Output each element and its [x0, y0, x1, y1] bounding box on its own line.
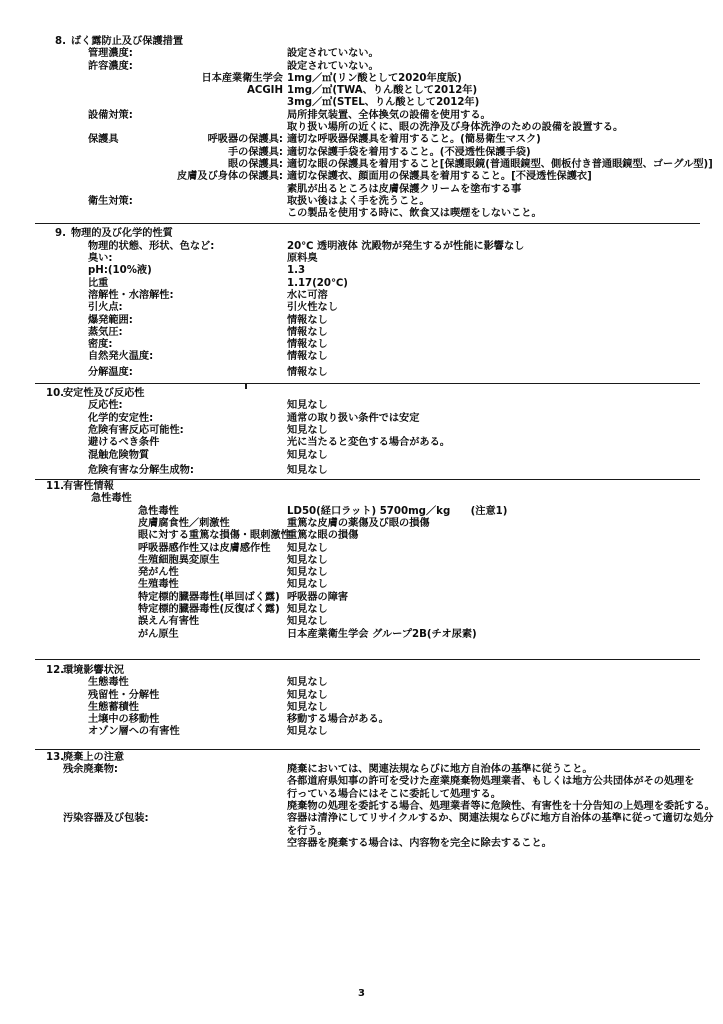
field-label: 避けるべき条件 [88, 437, 159, 449]
section-13-header: 13. 廃棄上の注意 [0, 752, 723, 764]
table-row: pH:(10%液)1.3 [0, 265, 723, 277]
field-value: 知見なし [287, 690, 328, 702]
section-divider [35, 659, 700, 660]
section-divider [35, 749, 700, 750]
field-label: 化学的安定性: [88, 413, 153, 425]
field-label: 生態毒性 [88, 677, 129, 689]
section-number: 9. [55, 228, 66, 240]
field-value: 取り扱い場所の近くに、眼の洗浄及び身体洗浄のための設備を設置する。 [287, 122, 623, 134]
org-name: ACGIH [247, 85, 283, 97]
table-row: 避けるべき条件光に当たると変色する場合がある。 [0, 437, 723, 449]
sds-document-page: 8. ばく露防止及び保護措置 管理濃度:設定されていない。 許容濃度:設定されて… [0, 0, 723, 1024]
table-row: 臭い:原料臭 [0, 253, 723, 265]
field-label: 残留性・分解性 [88, 690, 159, 702]
field-label: 危険有害な分解生成物: [88, 465, 194, 477]
field-value: 情報なし [287, 315, 328, 327]
field-value: 知見なし [287, 555, 328, 567]
field-label: 衛生対策: [88, 196, 133, 208]
table-row: 生殖毒性知見なし [0, 579, 723, 591]
field-value: 空容器を廃棄する場合は、内容物を完全に除去すること。 [287, 838, 552, 850]
table-row: 急性毒性LD50(経口ラット) 5700mg／kg (注意1) [0, 506, 723, 518]
field-label: 蒸気圧: [88, 327, 123, 339]
field-value: 適切な眼の保護具を着用すること[保護眼鏡(普通眼鏡型、側板付き普通眼鏡型、ゴーグ… [287, 159, 713, 171]
field-value: 1mg／㎥(TWA、りん酸として2012年) [287, 85, 477, 97]
field-value: 1.3 [287, 265, 305, 277]
field-value: 知見なし [287, 425, 328, 437]
table-row: 取り扱い場所の近くに、眼の洗浄及び身体洗浄のための設備を設置する。 [0, 122, 723, 134]
subsection-header: 急性毒性 [0, 493, 723, 505]
field-value: 適切な呼吸器保護具を着用すること。(簡易衛生マスク) [287, 134, 541, 146]
field-label: 比重 [88, 278, 108, 290]
section-8-header: 8. ばく露防止及び保護措置 [0, 36, 723, 48]
table-row: 残余廃棄物:廃棄においては、関連法規ならびに地方自治体の基準に従うこと。 [0, 764, 723, 776]
table-row: 生殖細胞異変原生知見なし [0, 555, 723, 567]
table-row: 許容濃度:設定されていない。 [0, 61, 723, 73]
field-value: 設定されていない。 [287, 61, 379, 73]
sub-label: 呼吸器の保護具: [208, 134, 283, 146]
sub-label: 皮膚及び身体の保護具: [177, 171, 283, 183]
table-row: 爆発範囲:情報なし [0, 315, 723, 327]
table-row: 行っている場合にはそこに委託して処理する。 [0, 789, 723, 801]
table-row: 密度:情報なし [0, 339, 723, 351]
section-number: 13. [46, 752, 64, 764]
field-value: 知見なし [287, 450, 328, 462]
field-value: 知見なし [287, 579, 328, 591]
table-row: 混触危険物質知見なし [0, 450, 723, 462]
field-label: 呼吸器感作性又は皮膚感作性 [138, 543, 270, 555]
field-value: 引火性なし [287, 302, 338, 314]
field-value: LD50(経口ラット) 5700mg／kg (注意1) [287, 506, 507, 518]
field-value: 1mg／㎥(リン酸として2020年度版) [287, 73, 462, 85]
field-value: 知見なし [287, 677, 328, 689]
field-label: 引火点: [88, 302, 123, 314]
table-row: 手の保護具:適切な保護手袋を着用すること。(不浸透性保護手袋) [0, 147, 723, 159]
field-value: 原料臭 [287, 253, 318, 265]
section-title: 有害性情報 [63, 481, 114, 493]
field-value: 光に当たると変色する場合がある。 [287, 437, 450, 449]
field-label: 混触危険物質 [88, 450, 149, 462]
org-name: 日本産業衛生学会 [202, 73, 284, 85]
field-label: 設備対策: [88, 110, 133, 122]
field-label: 急性毒性 [138, 506, 179, 518]
table-row: 残留性・分解性知見なし [0, 690, 723, 702]
table-row: 分解温度:情報なし [0, 367, 723, 379]
table-row: 汚染容器及び包装:容器は清浄にしてリサイクルするか、関連法規ならびに地方自治体の… [0, 813, 723, 825]
section-12-header: 12. 環境影響状況 [0, 665, 723, 677]
table-row: 物理的状態、形状、色など:20℃ 透明液体 沈殿物が発生するが性能に影響なし [0, 241, 723, 253]
table-row: 素肌が出るところは皮膚保護クリームを塗布する事 [0, 184, 723, 196]
field-label: 危険有害反応可能性: [88, 425, 184, 437]
table-row: を行う。 [0, 826, 723, 838]
field-label: 土壌中の移動性 [88, 714, 159, 726]
field-value: 取扱い後はよく手を洗うこと。 [287, 196, 430, 208]
field-value: 知見なし [287, 702, 328, 714]
table-row: 皮膚腐食性／刺激性重篤な皮膚の薬傷及び眼の損傷 [0, 518, 723, 530]
field-label: がん原生 [138, 629, 179, 641]
field-value: 日本産業衛生学会 グループ2B(チオ尿素) [287, 629, 477, 641]
table-row: 反応性:知見なし [0, 400, 723, 412]
table-row: 特定標的臓器毒性(反復ばく露)知見なし [0, 604, 723, 616]
table-row: 眼の保護具:適切な眼の保護具を着用すること[保護眼鏡(普通眼鏡型、側板付き普通眼… [0, 159, 723, 171]
subsection-title: 急性毒性 [91, 493, 132, 505]
field-label: 溶解性・水溶解性: [88, 290, 174, 302]
table-row: 土壌中の移動性移動する場合がある。 [0, 714, 723, 726]
field-label: 特定標的臓器毒性(反復ばく露) [138, 604, 280, 616]
table-row: 保護具呼吸器の保護具:適切な呼吸器保護具を着用すること。(簡易衛生マスク) [0, 134, 723, 146]
field-value: 知見なし [287, 567, 328, 579]
section-number: 10. [46, 388, 64, 400]
table-row: 空容器を廃棄する場合は、内容物を完全に除去すること。 [0, 838, 723, 850]
table-row: 日本産業衛生学会1mg／㎥(リン酸として2020年度版) [0, 73, 723, 85]
table-row: 危険有害な分解生成物:知見なし [0, 465, 723, 477]
field-value: 知見なし [287, 400, 328, 412]
field-value: 重篤な皮膚の薬傷及び眼の損傷 [287, 518, 430, 530]
table-row: 比重1.17(20℃) [0, 278, 723, 290]
table-row: 発がん性知見なし [0, 567, 723, 579]
field-label: 生殖細胞異変原生 [138, 555, 220, 567]
field-value: 知見なし [287, 465, 328, 477]
sub-label: 眼の保護具: [228, 159, 283, 171]
field-label: 生態蓄積性 [88, 702, 139, 714]
table-row: 自然発火温度:情報なし [0, 351, 723, 363]
field-value: 廃棄においては、関連法規ならびに地方自治体の基準に従うこと。 [287, 764, 593, 776]
section-number: 8. [55, 36, 66, 48]
field-label: 眼に対する重篤な損傷・眼刺激性 [138, 530, 291, 542]
field-value: 容器は清浄にしてリサイクルするか、関連法規ならびに地方自治体の基準に従って適切な… [287, 813, 713, 825]
field-value: 3mg／㎥(STEL、りん酸として2012年) [287, 97, 479, 109]
field-value: 知見なし [287, 543, 328, 555]
field-label: 発がん性 [138, 567, 179, 579]
field-value: 廃棄物の処理を委託する場合、処理業者等に危険性、有害性を十分告知の上処理を委託す… [287, 801, 715, 813]
section-title: 環境影響状況 [63, 665, 124, 677]
section-10-header: 10. 安定性及び反応性 [0, 388, 723, 400]
table-row: 管理濃度:設定されていない。 [0, 48, 723, 60]
table-row: 誤えん有害性知見なし [0, 616, 723, 628]
section-number: 11. [46, 481, 64, 493]
field-value: 20℃ 透明液体 沈殿物が発生するが性能に影響なし [287, 241, 524, 253]
field-value: 情報なし [287, 367, 328, 379]
section-title: 安定性及び反応性 [63, 388, 145, 400]
field-label: 反応性: [88, 400, 123, 412]
field-value: 知見なし [287, 726, 328, 738]
field-label: 特定標的臓器毒性(単回ばく露) [138, 592, 280, 604]
field-value: 情報なし [287, 327, 328, 339]
table-row: 化学的安定性:通常の取り扱い条件では安定 [0, 413, 723, 425]
field-value: 呼吸器の障害 [287, 592, 348, 604]
table-row: がん原生日本産業衛生学会 グループ2B(チオ尿素) [0, 629, 723, 641]
field-value: 情報なし [287, 339, 328, 351]
table-row: 危険有害反応可能性:知見なし [0, 425, 723, 437]
table-row: 生態蓄積性知見なし [0, 702, 723, 714]
table-row: 3mg／㎥(STEL、りん酸として2012年) [0, 97, 723, 109]
field-value: 適切な保護衣、顔面用の保護具を着用すること。[不浸透性保護衣] [287, 171, 592, 183]
field-label: 汚染容器及び包装: [63, 813, 149, 825]
field-label: 皮膚腐食性／刺激性 [138, 518, 230, 530]
field-value: 行っている場合にはそこに委託して処理する。 [287, 789, 501, 801]
field-label: 許容濃度: [88, 61, 133, 73]
page-number: 3 [0, 988, 723, 999]
table-row: 溶解性・水溶解性:水に可溶 [0, 290, 723, 302]
field-value: 通常の取り扱い条件では安定 [287, 413, 419, 425]
field-value: この製品を使用する時に、飲食又は喫煙をしないこと。 [287, 208, 542, 220]
section-divider [35, 383, 700, 384]
field-label: オゾン層への有害性 [88, 726, 180, 738]
section-title: 廃棄上の注意 [63, 752, 124, 764]
field-value: 情報なし [287, 351, 328, 363]
table-row: 眼に対する重篤な損傷・眼刺激性重篤な眼の損傷 [0, 530, 723, 542]
field-label: 臭い: [88, 253, 112, 265]
field-value: 1.17(20℃) [287, 278, 348, 290]
table-row: 各都道府県知事の許可を受けた産業廃棄物処理業者、もしくは地方公共団体がその処理を [0, 776, 723, 788]
section-title: ばく露防止及び保護措置 [71, 36, 183, 48]
field-label: 自然発火温度: [88, 351, 153, 363]
table-row: 皮膚及び身体の保護具:適切な保護衣、顔面用の保護具を着用すること。[不浸透性保護… [0, 171, 723, 183]
field-label: 分解温度: [88, 367, 133, 379]
field-value: 適切な保護手袋を着用すること。(不浸透性保護手袋) [287, 147, 531, 159]
field-value: 各都道府県知事の許可を受けた産業廃棄物処理業者、もしくは地方公共団体がその処理を [287, 776, 695, 788]
field-value: 知見なし [287, 604, 328, 616]
field-label: 密度: [88, 339, 112, 351]
field-label: 保護具 [88, 134, 119, 146]
table-row: 引火点:引火性なし [0, 302, 723, 314]
field-label: 管理濃度: [88, 48, 133, 60]
section-number: 12. [46, 665, 64, 677]
field-value: 知見なし [287, 616, 328, 628]
section-9-header: 9. 物理的及び化学的性質 [0, 228, 723, 240]
field-label: 残余廃棄物: [63, 764, 118, 776]
field-label: 誤えん有害性 [138, 616, 199, 628]
field-value: 水に可溶 [287, 290, 328, 302]
field-label: 生殖毒性 [138, 579, 179, 591]
field-value: 重篤な眼の損傷 [287, 530, 358, 542]
section-divider [35, 479, 700, 480]
table-row: オゾン層への有害性知見なし [0, 726, 723, 738]
table-row: この製品を使用する時に、飲食又は喫煙をしないこと。 [0, 208, 723, 220]
section-divider [35, 223, 700, 224]
field-label: 爆発範囲: [88, 315, 133, 327]
table-row: 廃棄物の処理を委託する場合、処理業者等に危険性、有害性を十分告知の上処理を委託す… [0, 801, 723, 813]
table-row: 生態毒性知見なし [0, 677, 723, 689]
table-row: 呼吸器感作性又は皮膚感作性知見なし [0, 543, 723, 555]
field-label: 物理的状態、形状、色など: [88, 241, 214, 253]
field-value: 設定されていない。 [287, 48, 379, 60]
sub-label: 手の保護具: [228, 147, 283, 159]
section-title: 物理的及び化学的性質 [71, 228, 173, 240]
field-value: 移動する場合がある。 [287, 714, 389, 726]
table-row: ACGIH1mg／㎥(TWA、りん酸として2012年) [0, 85, 723, 97]
section-11-header: 11. 有害性情報 [0, 481, 723, 493]
table-row: 蒸気圧:情報なし [0, 327, 723, 339]
table-row: 設備対策:局所排気装置、全体換気の設備を使用する。 [0, 110, 723, 122]
field-value: を行う。 [287, 826, 328, 838]
field-label: pH:(10%液) [88, 265, 152, 277]
table-row: 特定標的臓器毒性(単回ばく露)呼吸器の障害 [0, 592, 723, 604]
field-value: 局所排気装置、全体換気の設備を使用する。 [287, 110, 491, 122]
field-value: 素肌が出るところは皮膚保護クリームを塗布する事 [287, 184, 521, 196]
table-row: 衛生対策:取扱い後はよく手を洗うこと。 [0, 196, 723, 208]
